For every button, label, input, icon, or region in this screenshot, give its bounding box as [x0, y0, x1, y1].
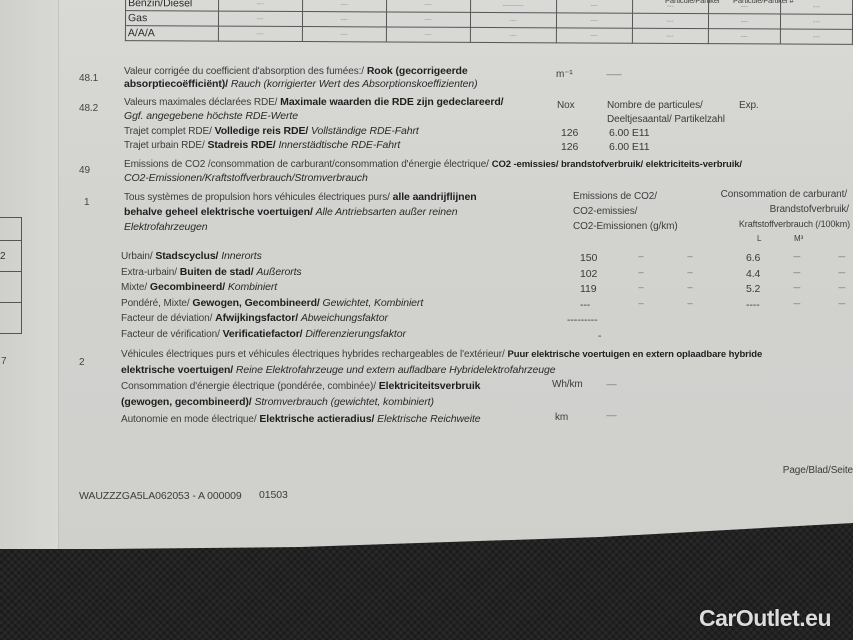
col-header-fuel: Brandstofverbruik/: [770, 204, 849, 215]
nox-value: 126: [561, 141, 578, 153]
row-label: A/A/A: [125, 26, 218, 41]
s48-2-line2: Ggf. angegebene höchste RDE-Werte: [124, 110, 298, 122]
consumption-row-label: Facteur de déviation/ Afwijkingsfactor/ …: [121, 312, 388, 324]
col-header-fuel: Consommation de carburant/: [721, 189, 847, 200]
range-value: ------: [606, 411, 616, 420]
value-m3: ----: [793, 283, 800, 292]
unit-m3: M³: [794, 234, 803, 243]
row-label: Gas: [125, 11, 218, 26]
value-co2: ---------: [567, 314, 598, 326]
col-header-particles: Nombre de particules/: [607, 100, 703, 111]
s48-2-line1: Valeurs maximales déclarées RDE/ Maximal…: [124, 96, 503, 108]
col-header-particle: Particule/Partikel: [665, 0, 719, 5]
row-label: Benzin/Diesel: [126, 0, 219, 11]
value-m3: ----: [793, 299, 800, 308]
value-x: ----: [838, 252, 845, 261]
s49-line1: Emissions de CO2 /consommation de carbur…: [124, 158, 742, 170]
section-number: 1: [84, 197, 89, 208]
value-c2: ---: [638, 299, 643, 308]
col-header-nox: Nox: [557, 100, 574, 111]
value-l: 6.6: [746, 252, 760, 264]
energy-consumption-line1: Consommation d'énergie électrique (pondé…: [121, 380, 480, 392]
value-c3: ---: [687, 268, 692, 277]
value-c3: ---: [687, 299, 692, 308]
value-c2: ---: [638, 268, 643, 277]
value-co2: 150: [580, 252, 597, 264]
s49-line2: CO2-Emissionen/Kraftstoffverbrauch/Strom…: [124, 172, 368, 184]
table-cell: 2: [0, 241, 22, 272]
s1-line2: behalve geheel elektrische voertuigen/ A…: [124, 206, 457, 218]
section-number: 48.1: [79, 73, 98, 84]
particles-value: 6.00 E11: [609, 141, 649, 153]
nox-value: 126: [561, 127, 578, 139]
page-label: Page/Blad/Seite: [783, 465, 853, 476]
consumption-row-label: Facteur de vérification/ Verificatiefact…: [121, 328, 406, 340]
consumption-row-label: Extra-urbain/ Buiten de stad/ Außerorts: [121, 266, 302, 278]
value-co2: 102: [580, 268, 597, 280]
col-header-fuel: Kraftstoffverbrauch (/100km): [739, 219, 850, 229]
col-header-exp: Exp.: [739, 100, 759, 111]
rde-row-urban: Trajet urbain RDE/ Stadreis RDE/ Innerst…: [124, 139, 400, 151]
energy-value: ------: [606, 380, 616, 389]
value-x: ----: [838, 268, 845, 277]
electric-range: Autonomie en mode électrique/ Elektrisch…: [121, 413, 481, 425]
vin-line: WAUZZZGA5LA062053 - A 000009: [79, 490, 242, 502]
previous-page-table: 2: [0, 217, 22, 334]
value-c2: ---: [638, 252, 643, 261]
value-co2: 119: [580, 283, 596, 295]
value-l: 5.2: [746, 283, 760, 295]
value-c3: ---: [687, 283, 692, 292]
carouteu-watermark: CarOutlet.eu: [699, 605, 831, 632]
value-l: 4.4: [746, 268, 760, 280]
unit-litre: L: [757, 234, 761, 243]
value-co2: -: [598, 330, 601, 342]
s48-1-line1: Valeur corrigée du coefficient d'absorpt…: [124, 65, 468, 77]
value: ---------: [606, 70, 621, 79]
s2-line2: elektrische voertuigen/ Reine Elektrofah…: [121, 364, 556, 376]
value-l: ----: [746, 299, 760, 311]
value-co2: ---: [580, 299, 590, 311]
section-number: 49: [79, 165, 90, 176]
value-m3: ----: [793, 268, 800, 277]
value-x: ----: [838, 283, 845, 292]
energy-consumption-line2: (gewogen, gecombineerd)/ Stromverbrauch …: [121, 396, 434, 408]
s1-line1: Tous systèmes de propulsion hors véhicul…: [124, 191, 477, 203]
value-x: ----: [838, 299, 845, 308]
section-number: 2: [79, 357, 84, 368]
s48-1-line2: absorptiecoëfficiënt)/ Rauch (korrigiert…: [124, 78, 478, 90]
col-header-particles-2: Deeltjesaantal/ Partikelzahl: [607, 114, 725, 125]
previous-page-number: 7: [1, 356, 6, 367]
consumption-row-label: Pondéré, Mixte/ Gewogen, Gecombineerd/ G…: [121, 297, 423, 309]
value-c3: ---: [687, 252, 692, 261]
rde-row-complete: Trajet complet RDE/ Volledige reis RDE/ …: [124, 125, 419, 137]
col-header-co2: Emissions de CO2/: [573, 191, 657, 202]
col-header-co2: CO2-emissies/: [573, 206, 637, 217]
col-header-co2: CO2-Emissionen (g/km): [573, 221, 678, 232]
document-code: 01503: [259, 489, 288, 501]
value-m3: ----: [793, 252, 800, 261]
unit-wh-km: Wh/km: [552, 379, 583, 390]
value-c2: ---: [638, 283, 643, 292]
unit-label: m⁻¹: [556, 69, 573, 80]
unit-km: km: [555, 412, 568, 423]
emissions-table: Benzin/Diesel --- --- --- --------- --- …: [125, 0, 853, 45]
s2-line1: Véhicules électriques purs et véhicules …: [121, 348, 762, 360]
col-header-particle-count: Particule/Partikel #: [733, 0, 794, 5]
consumption-row-label: Urbain/ Stadscyclus/ Innerorts: [121, 250, 262, 262]
table-row: A/A/A --- --- --- --- --- --- --- ---: [125, 26, 852, 45]
particles-value: 6.00 E11: [609, 127, 649, 139]
consumption-row-label: Mixte/ Gecombineerd/ Kombiniert: [121, 281, 277, 293]
s1-line3: Elektrofahrzeugen: [124, 221, 208, 233]
section-number: 48.2: [79, 103, 98, 114]
